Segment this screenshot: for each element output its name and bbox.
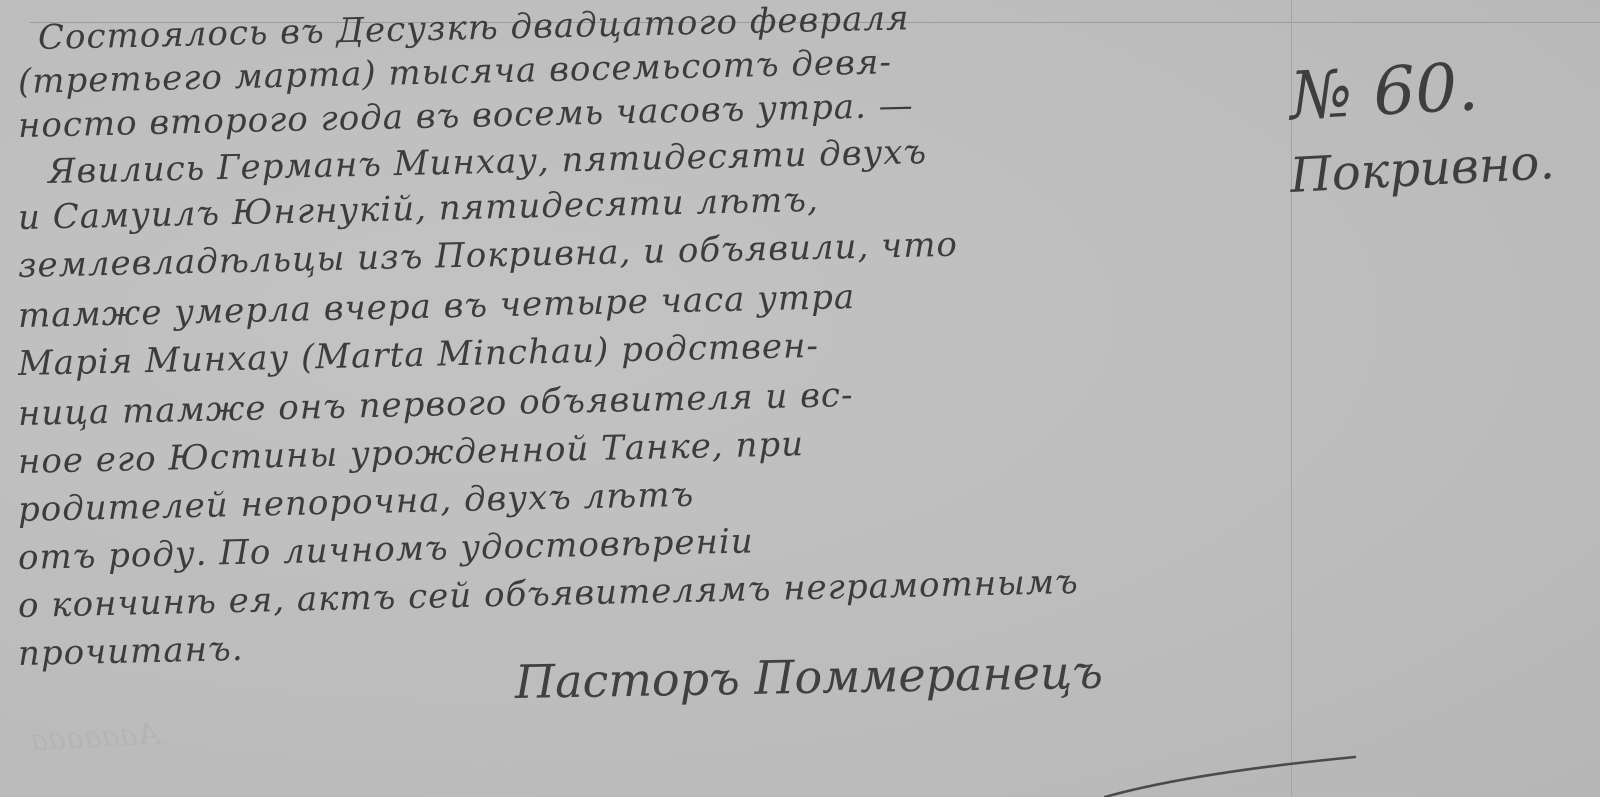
body-line-14: прочитанъ. <box>18 629 244 674</box>
body-line-10: ное его Юстины урожденной Танке, при <box>18 424 805 482</box>
document-page: Состоялось въ Десузкѣ двадцатого февраля… <box>0 0 1600 797</box>
body-line-12: отъ роду. По личномъ удостовѣреніи <box>18 521 754 578</box>
bleed-through-text: Ааааааа <box>29 717 161 759</box>
pastor-signature: Пасторъ Поммеранецъ <box>515 645 1104 709</box>
body-line-11: родителей непорочна, двухъ лѣтъ <box>18 475 695 530</box>
signature-flourish <box>1100 755 1360 797</box>
entry-number: № 60. <box>1288 48 1480 135</box>
body-line-8: Марія Минхау (Marta Minchau) родствен- <box>18 326 820 384</box>
village-name: Покривно. <box>1289 134 1556 204</box>
